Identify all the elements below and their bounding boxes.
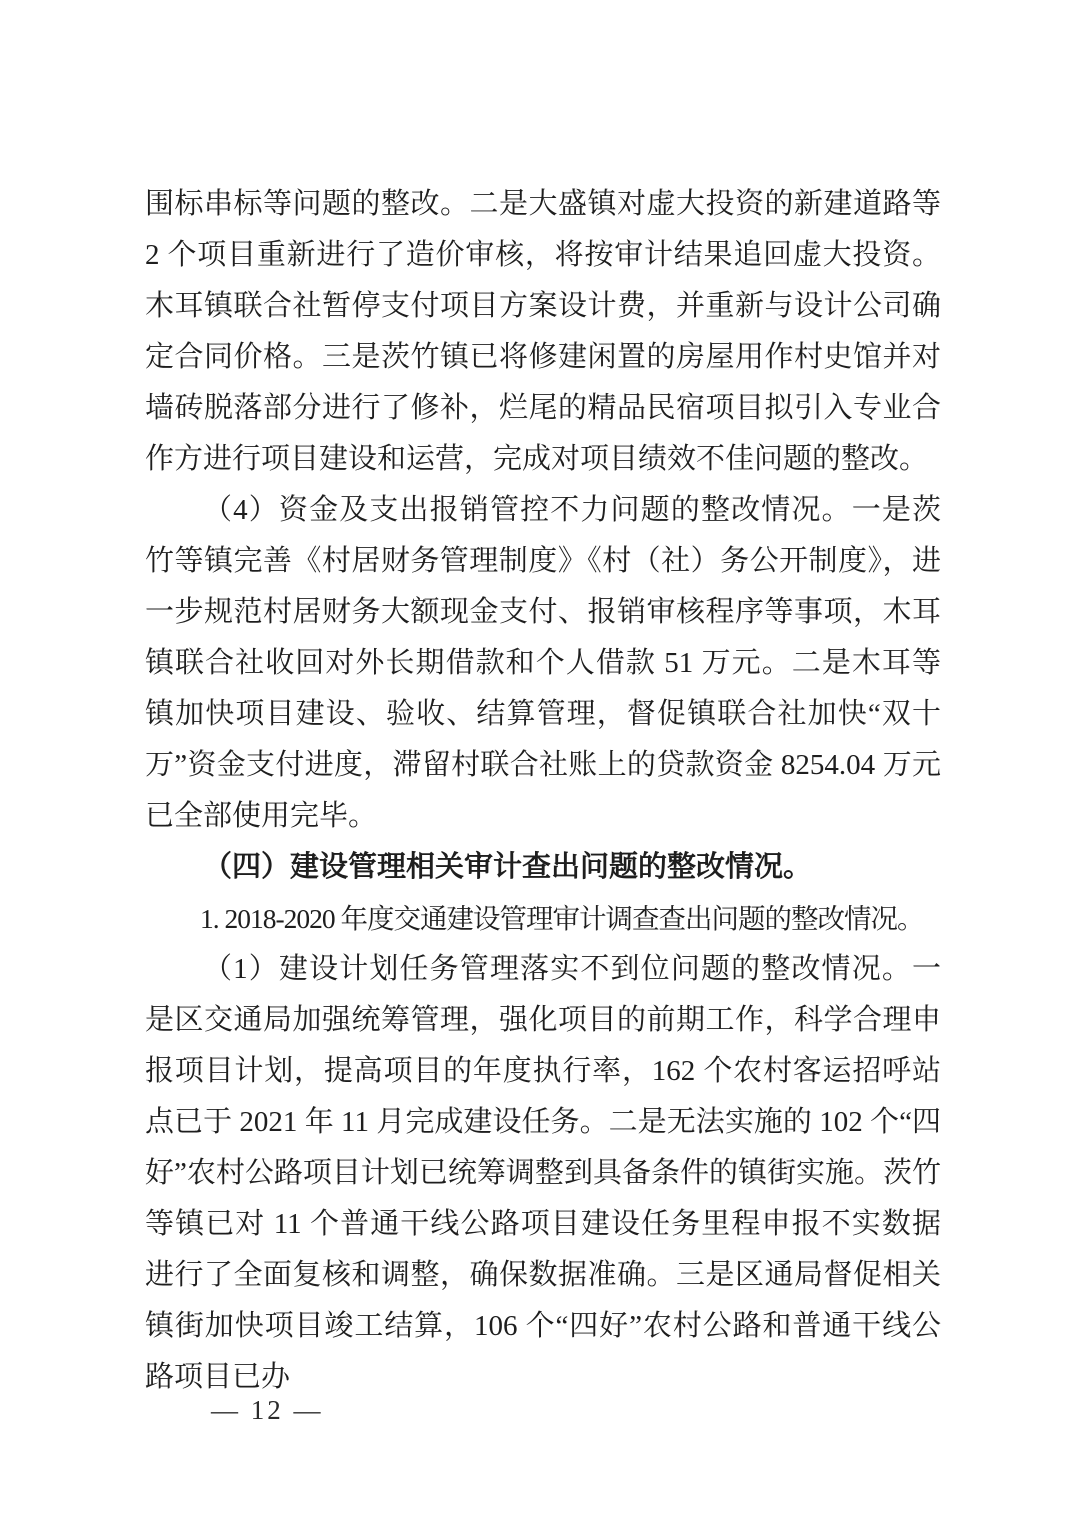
document-page: 围标串标等问题的整改。二是大盛镇对虚大投资的新建道路等 2 个项目重新进行了造价… <box>0 0 1074 1520</box>
paragraph-continuation: 围标串标等问题的整改。二是大盛镇对虚大投资的新建道路等 2 个项目重新进行了造价… <box>145 179 941 485</box>
page-body: 围标串标等问题的整改。二是大盛镇对虚大投资的新建道路等 2 个项目重新进行了造价… <box>145 179 941 1403</box>
page-number: — 12 — <box>211 1394 324 1426</box>
section-heading-4: （四）建设管理相关审计查出问题的整改情况。 <box>145 842 941 893</box>
paragraph-item-1-plan: （1）建设计划任务管理落实不到位问题的整改情况。一是区交通局加强统筹管理，强化项… <box>145 944 941 1403</box>
subsection-title-1: 1. 2018-2020 年度交通建设管理审计调查查出问题的整改情况。 <box>145 893 941 944</box>
paragraph-item-4-funds: （4）资金及支出报销管控不力问题的整改情况。一是茨竹等镇完善《村居财务管理制度》… <box>145 485 941 842</box>
